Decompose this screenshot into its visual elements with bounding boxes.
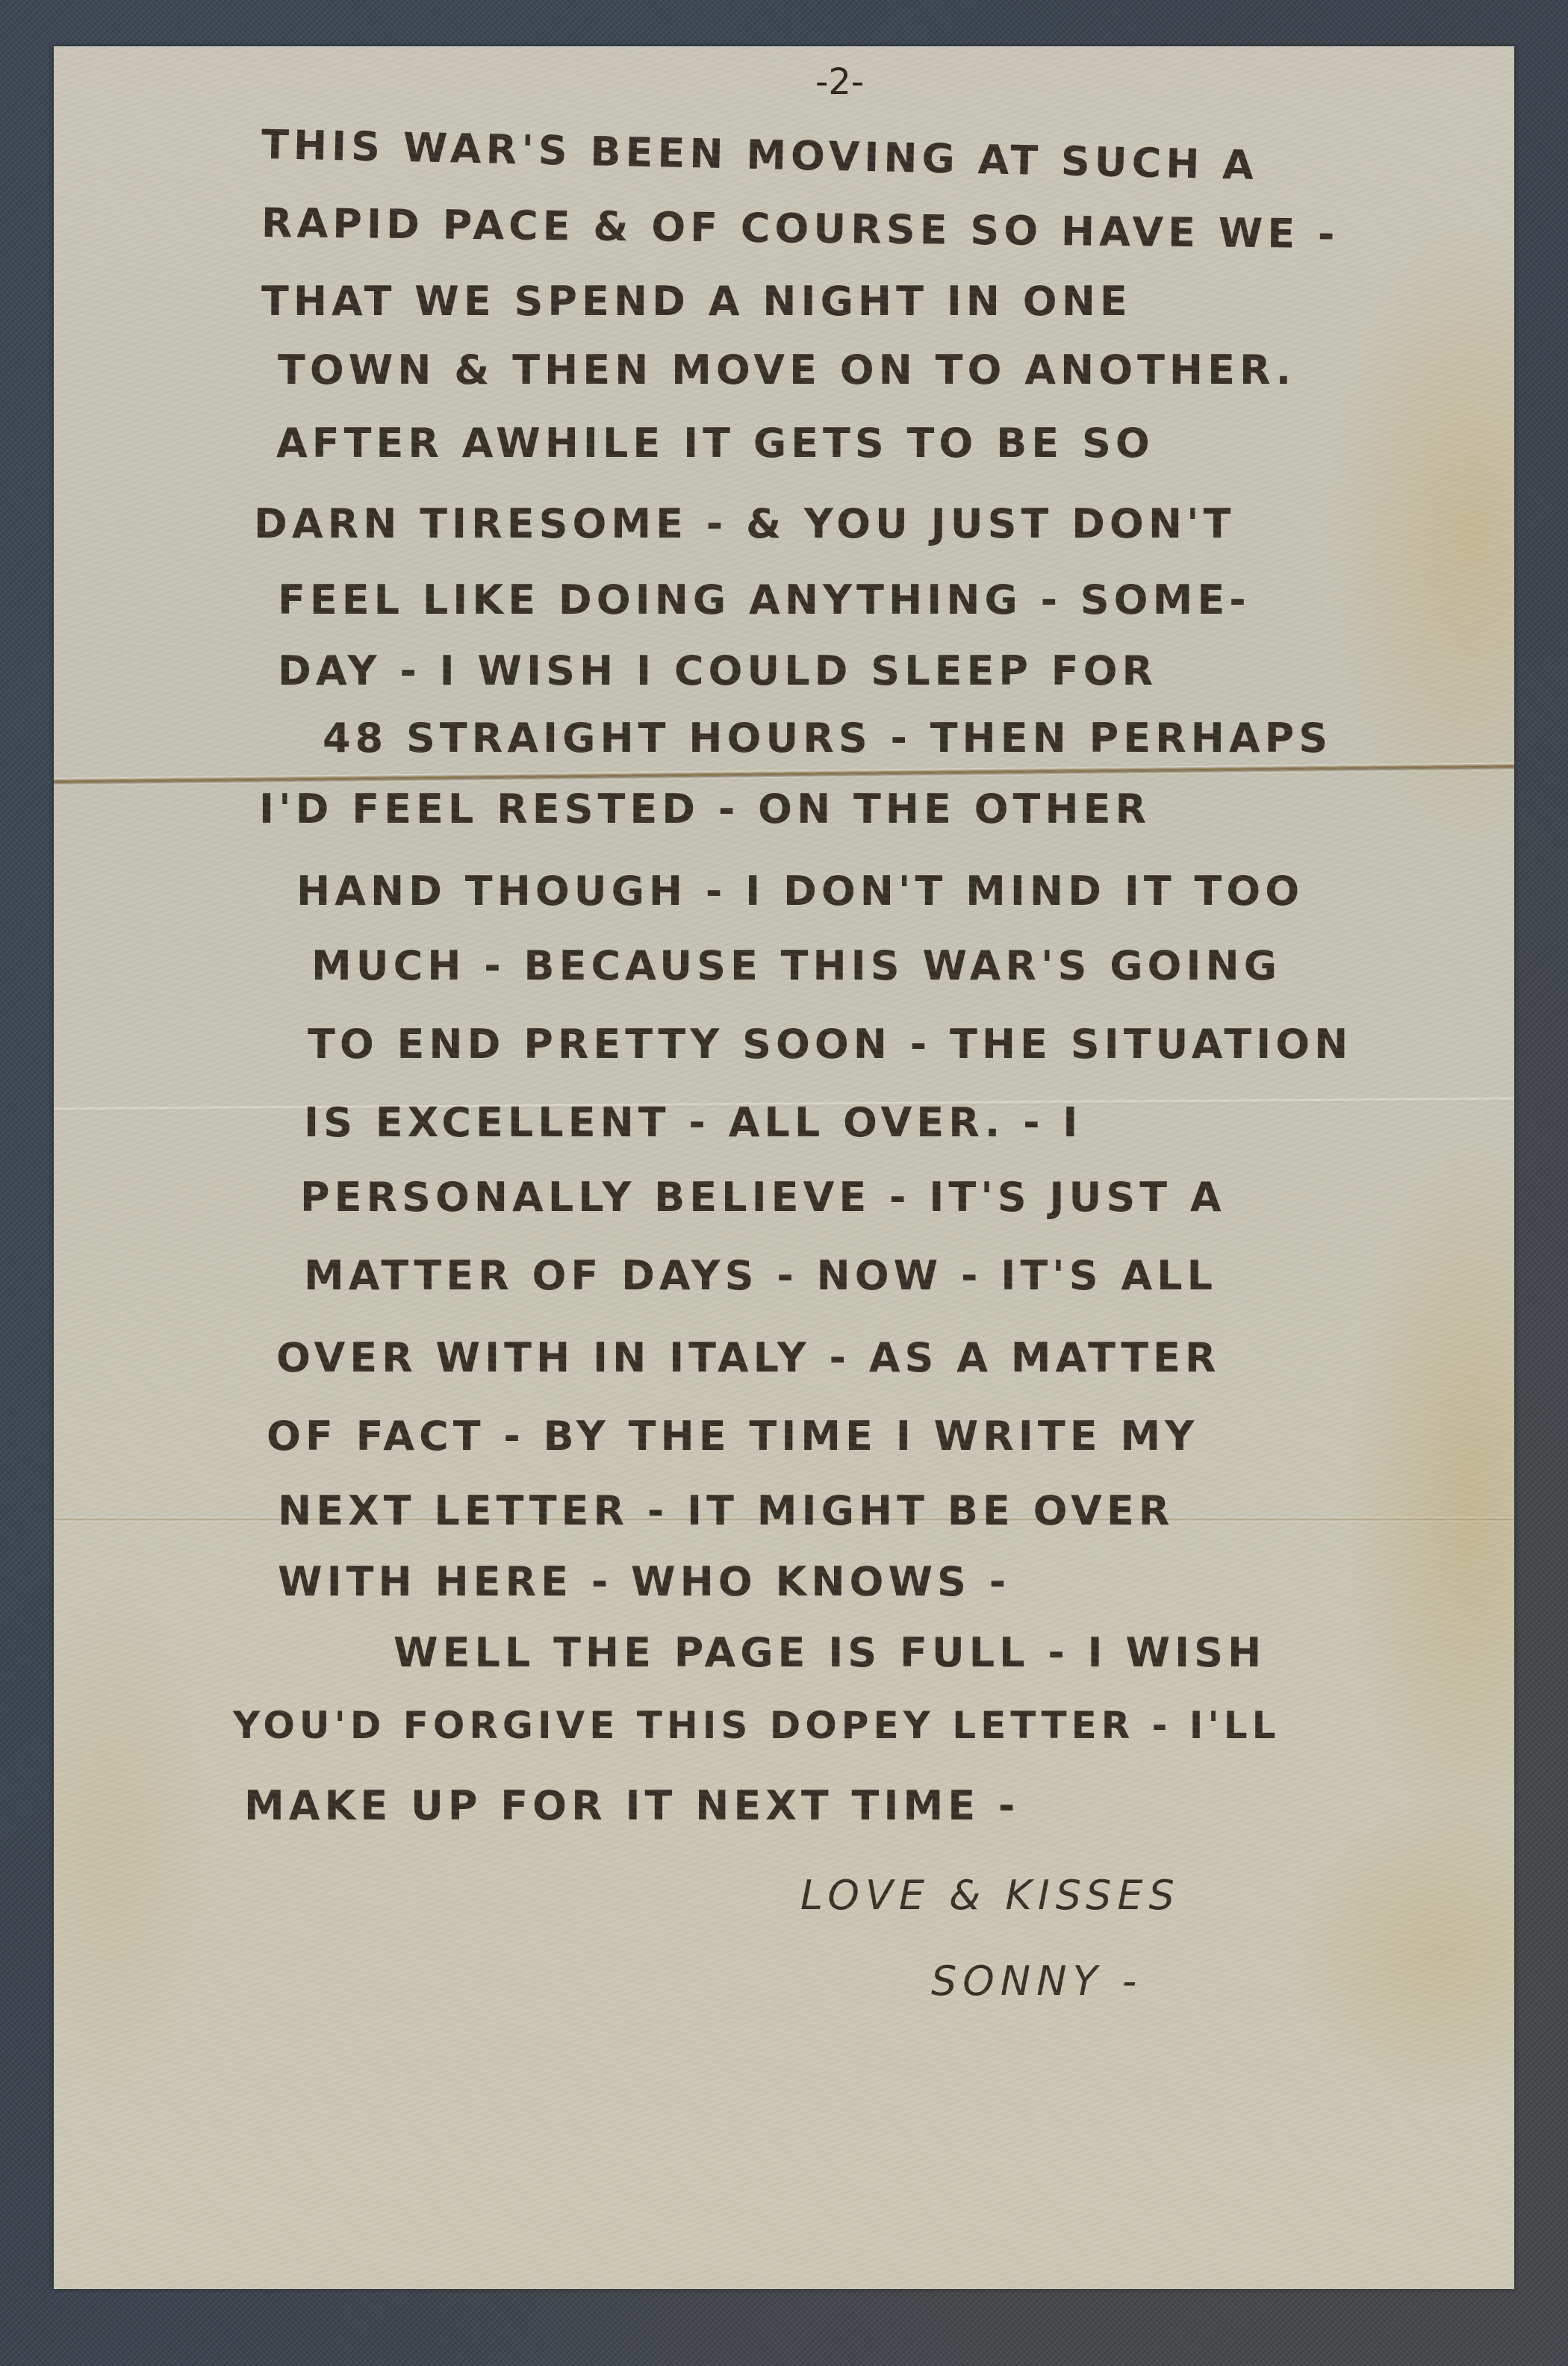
letter-line: that we spend a night in one (261, 278, 1132, 325)
letter-line: to end pretty soon - The situation (308, 1021, 1352, 1068)
fold-crease (54, 763, 1514, 785)
letter-line: 48 straight hours - then perhaps (323, 715, 1332, 762)
letter-line: next letter - it might be over (278, 1487, 1174, 1534)
letter-line: darn tiresome - & you just don't (254, 500, 1235, 547)
letter-line: matter of days - now - It's all (304, 1252, 1217, 1299)
letter-line: personally believe - it's just a (300, 1174, 1226, 1221)
letter-line: hand though - I don't mind it too (296, 868, 1304, 915)
letter-line: you'd forgive this dopey letter - I'll (233, 1704, 1280, 1747)
letter-line: much - because this war's going (311, 942, 1281, 989)
letter-line: After awhile it gets to be so (276, 420, 1154, 467)
letter-line: over with in Italy - As a matter (276, 1334, 1221, 1381)
letter-signature: Sonny - (931, 1958, 1142, 2005)
letter-line: day - I wish I could sleep for (278, 647, 1157, 694)
letter-line: town & then move on to another. (278, 346, 1295, 393)
letter-line: This war's been moving at such a (261, 121, 1258, 189)
letter-line: rapid pace & of course so have we - (261, 199, 1340, 258)
letter-line: Well the page is full - I wish (393, 1629, 1266, 1676)
letter-line: of fact - by the time I write my (267, 1413, 1198, 1460)
letter-line: is excellent - all over. - I (304, 1099, 1082, 1146)
letter-line: I'd feel rested - On the other (259, 785, 1151, 832)
letter-line: with here - who knows - (278, 1558, 1010, 1605)
page-number: -2- (815, 61, 864, 103)
letter-closing: Love & Kisses (800, 1872, 1180, 1919)
letter-line: feel like doing anything - Some- (278, 576, 1251, 623)
letter-line: make up for it next time - (244, 1782, 1019, 1829)
letter-page: -2- This war's been moving at such a rap… (54, 46, 1514, 2289)
